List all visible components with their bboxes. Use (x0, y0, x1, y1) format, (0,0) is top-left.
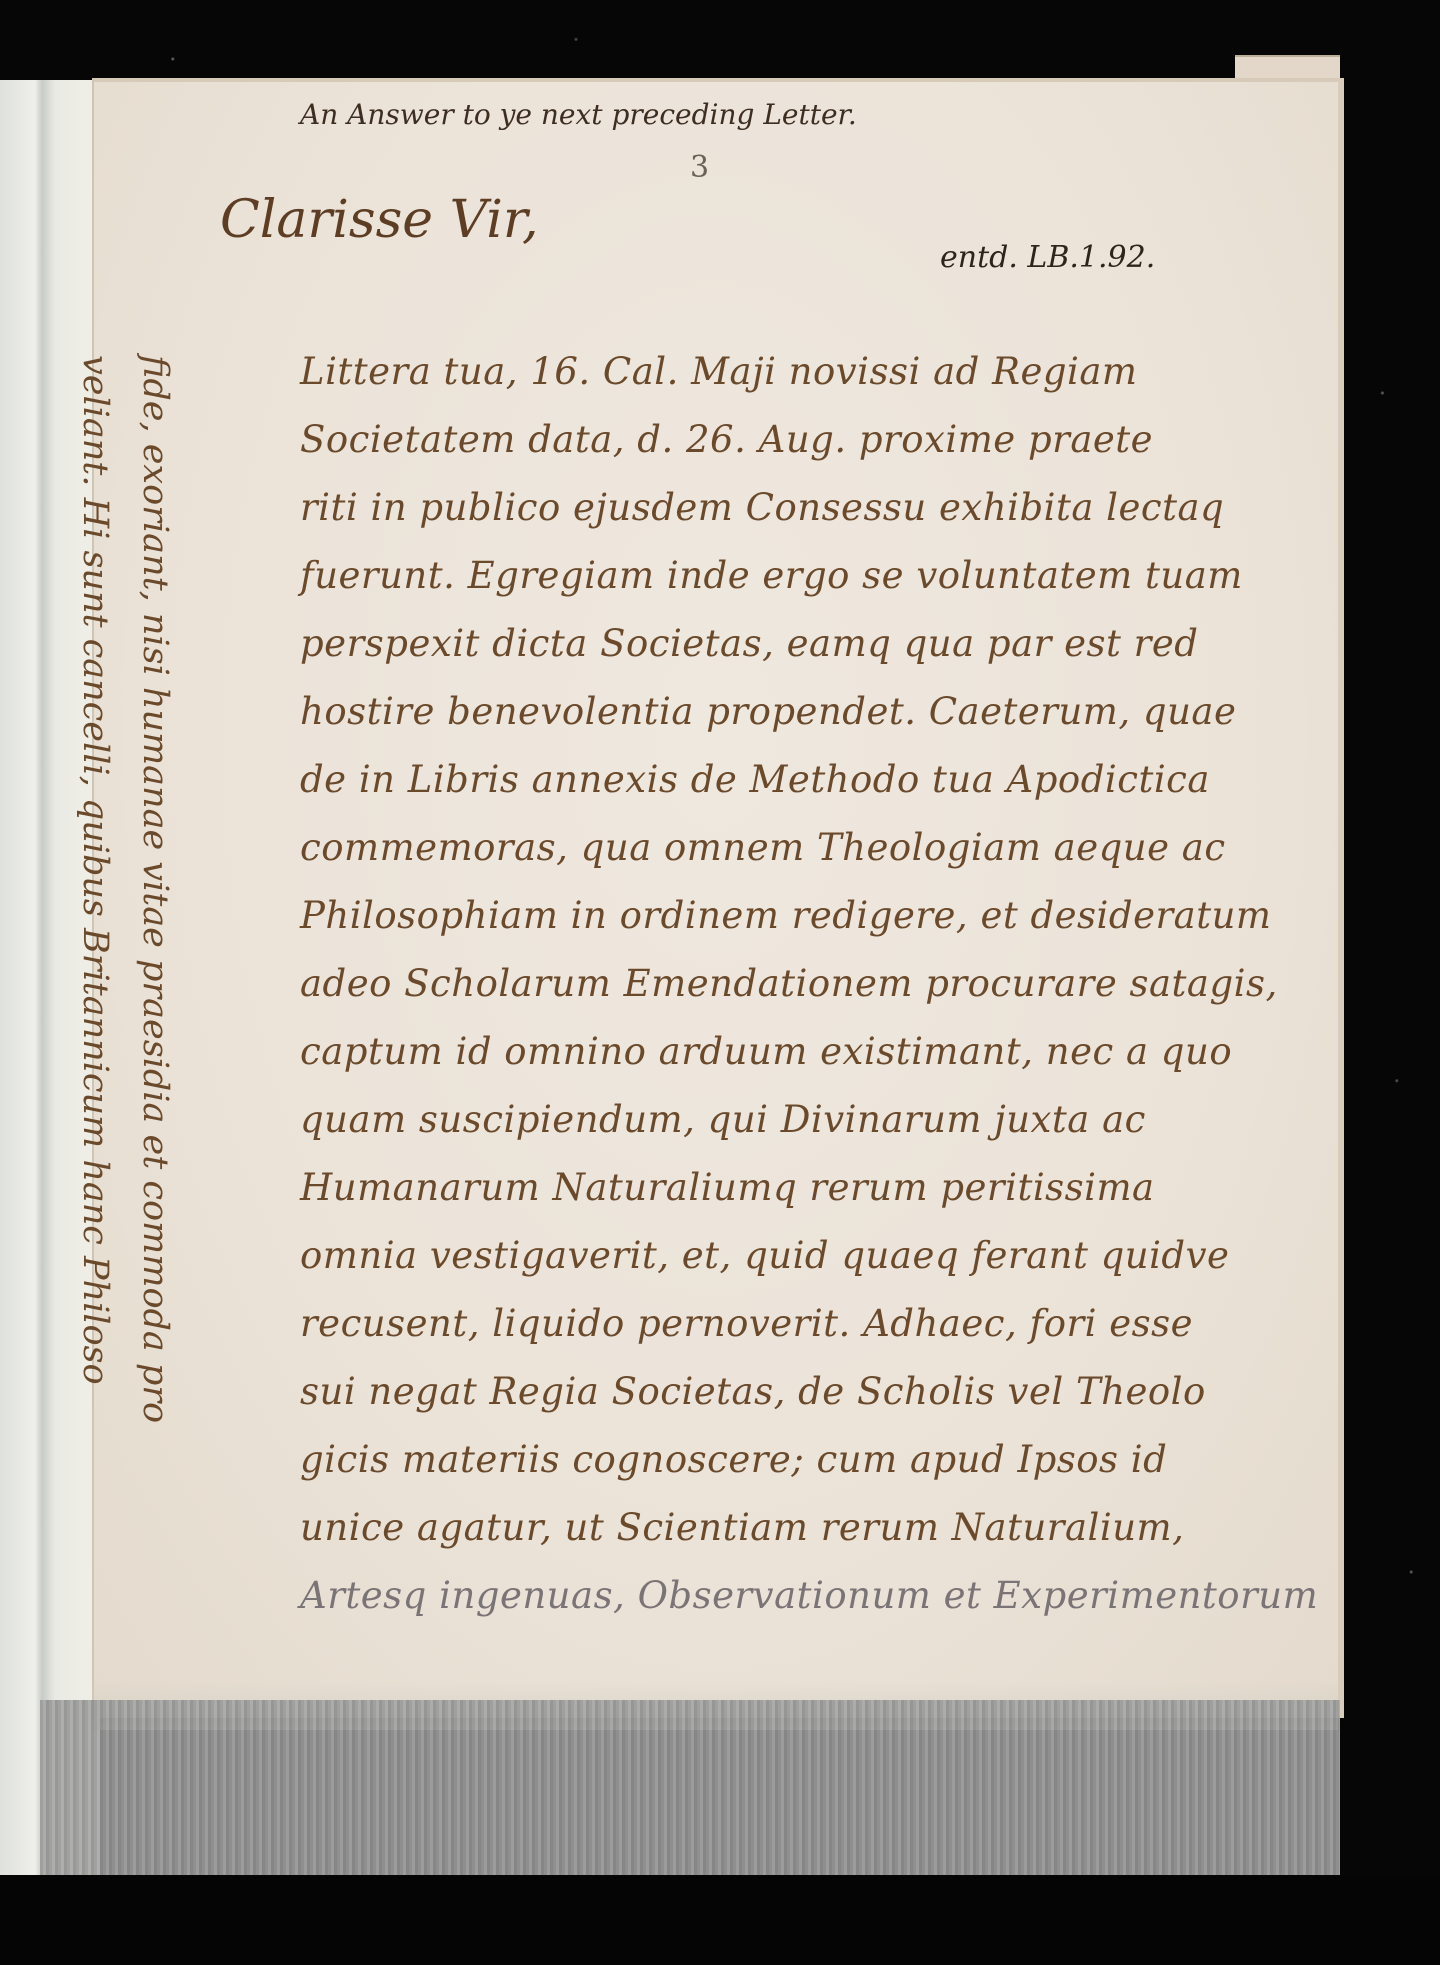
body-line: Littera tua, 16. Cal. Maji novissi ad Re… (300, 350, 1138, 393)
body-line-under-tissue: Artesq ingenuas, Observationum et Experi… (300, 1574, 1318, 1617)
body-line: perspexit dicta Societas, eamq qua par e… (300, 622, 1198, 665)
body-line: omnia vestigaverit, et, quid quaeq feran… (300, 1234, 1229, 1277)
bottom-tissue-guard (40, 1700, 1340, 1880)
body-line: Humanarum Naturaliumq rerum peritissima (300, 1166, 1155, 1209)
body-line: riti in publico ejusdem Consessu exhibit… (300, 486, 1224, 529)
folio-number: 3 (690, 150, 709, 185)
body-line: unice agatur, ut Scientiam rerum Natural… (300, 1506, 1184, 1549)
body-line: gicis materiis cognoscere; cum apud Ipso… (300, 1438, 1167, 1481)
body-line: recusent, liquido pernoverit. Adhaec, fo… (300, 1302, 1193, 1345)
body-line: Societatem data, d. 26. Aug. proxime pra… (300, 418, 1153, 461)
margin-note-line-2: veliant. Hi sunt cancelli, quibus Britan… (75, 355, 115, 1385)
body-line: captum id omnino arduum existimant, nec … (300, 1030, 1232, 1073)
body-line: sui negat Regia Societas, de Scholis vel… (300, 1370, 1206, 1413)
letter-book-reference: entd. LB.1.92. (940, 240, 1155, 275)
body-line: quam suscipiendum, qui Divinarum juxta a… (300, 1098, 1146, 1141)
dark-background-bottom (0, 1875, 1440, 1965)
body-line: hostire benevolentia propendet. Caeterum… (300, 690, 1236, 733)
salutation: Clarisse Vir, (220, 190, 539, 250)
body-line: commemoras, qua omnem Theologiam aeque a… (300, 826, 1226, 869)
body-line: adeo Scholarum Emendationem procurare sa… (300, 962, 1278, 1005)
header-note: An Answer to ye next preceding Letter. (300, 98, 857, 131)
body-line: fuerunt. Egregiam inde ergo se voluntate… (300, 554, 1243, 597)
body-line: Philosophiam in ordinem redigere, et des… (300, 894, 1272, 937)
margin-note-line-1: fide, exoriant, nisi humanae vitae praes… (135, 355, 175, 1423)
body-line: de in Libris annexis de Methodo tua Apod… (300, 758, 1210, 801)
